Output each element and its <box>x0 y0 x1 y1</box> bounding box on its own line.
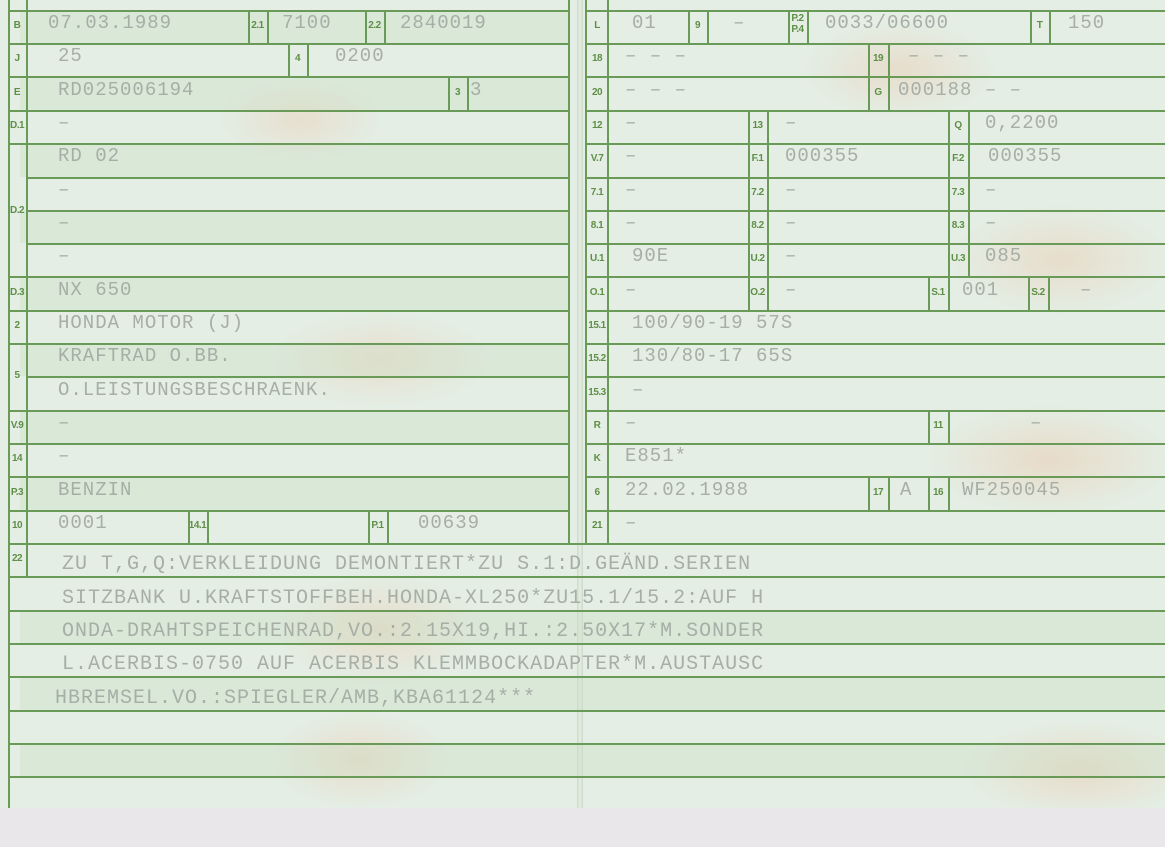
field-value-2-2: 2840019 <box>400 12 487 34</box>
field-value-20: – – – <box>625 79 687 101</box>
field-label-6: 6 <box>587 487 607 498</box>
field-label-V9: V.9 <box>8 420 26 431</box>
field-label-2: 2 <box>8 320 26 331</box>
field-value-P3: BENZIN <box>58 479 132 501</box>
field-value-F2: 000355 <box>988 145 1062 167</box>
field-value-D1: – <box>58 112 70 134</box>
field-label-F1: F.1 <box>748 153 767 164</box>
grid-line <box>888 476 890 510</box>
grid-line <box>26 0 28 577</box>
field-label-8-1: 8.1 <box>587 220 607 231</box>
field-value-15-3: – <box>632 379 644 401</box>
field-value-6: 22.02.1988 <box>625 479 749 501</box>
field-value-8-2: – <box>785 212 797 234</box>
remarks-line: ONDA-DRAHTSPEICHENRAD,VO.:2.15X19,HI.:2.… <box>62 620 764 643</box>
grid-line <box>467 76 469 111</box>
remarks-line: HBREMSEL.VO.:SPIEGLER/AMB,KBA61124*** <box>55 687 536 710</box>
field-value-9: – <box>733 12 745 34</box>
field-value-P2-P4: 0033/06600 <box>825 12 949 34</box>
field-value-13: – <box>785 112 797 134</box>
field-label-2-2: 2.2 <box>365 20 384 31</box>
field-label-T: T <box>1030 20 1049 31</box>
grid-line <box>8 110 570 112</box>
field-value-D2-line4: – <box>58 245 70 267</box>
grid-line <box>585 510 1165 512</box>
grid-line <box>585 110 1165 112</box>
field-value-7-2: – <box>785 179 797 201</box>
field-label-16: 16 <box>928 487 948 498</box>
field-label-S2: S.2 <box>1028 287 1048 298</box>
field-label-R: R <box>587 420 607 431</box>
grid-line <box>26 243 570 245</box>
field-label-U2: U.2 <box>748 253 767 264</box>
field-label-J: J <box>8 53 26 64</box>
field-label-7-3: 7.3 <box>948 187 968 198</box>
field-value-U1: 90E <box>632 245 669 267</box>
grid-line <box>1049 10 1051 44</box>
field-label-14: 14 <box>8 453 26 464</box>
row-band <box>20 743 1165 776</box>
grid-line <box>207 510 209 544</box>
field-label-15-2: 15.2 <box>587 353 607 364</box>
field-value-F1: 000355 <box>785 145 859 167</box>
grid-line <box>26 210 570 212</box>
field-value-J: 25 <box>58 45 83 67</box>
field-label-D1: D.1 <box>8 120 26 131</box>
field-label-E: E <box>8 87 26 98</box>
field-label-B: B <box>8 20 26 31</box>
field-label-Q: Q <box>948 120 968 131</box>
registration-document: B 2.1 2.2 J 4 E 3 D.1 D.2 D.3 2 5 V.9 14… <box>0 0 1165 808</box>
field-value-P1: 00639 <box>418 512 480 534</box>
grid-line <box>8 276 570 278</box>
field-value-L: 01 <box>632 12 657 34</box>
field-label-U1: U.1 <box>587 253 607 264</box>
field-label-G: G <box>868 87 888 98</box>
field-value-R: – <box>625 412 637 434</box>
grid-line <box>948 476 950 510</box>
field-value-S2: – <box>1080 279 1092 301</box>
grid-line <box>767 110 769 310</box>
grid-line <box>585 376 1165 378</box>
grid-line <box>8 610 1165 612</box>
field-label-O2: O.2 <box>748 287 767 298</box>
field-label-O1: O.1 <box>587 287 607 298</box>
grid-line <box>8 710 1165 712</box>
field-value-B: 07.03.1989 <box>48 12 172 34</box>
field-value-O1: – <box>625 279 637 301</box>
grid-line <box>8 643 1165 645</box>
field-value-D2-line1: RD 02 <box>58 145 120 167</box>
grid-line <box>585 243 1165 245</box>
field-value-18: – – – <box>625 45 687 67</box>
field-label-17: 17 <box>868 487 888 498</box>
field-value-G: 000188 – – <box>898 79 1022 101</box>
field-label-8-3: 8.3 <box>948 220 968 231</box>
field-label-K: K <box>587 453 607 464</box>
field-label-8-2: 8.2 <box>748 220 767 231</box>
field-value-15-1: 100/90-19 57S <box>632 312 793 334</box>
grid-line <box>807 10 809 44</box>
field-value-U3: 085 <box>985 245 1022 267</box>
field-value-K: E851* <box>625 445 687 467</box>
grid-line <box>968 110 970 277</box>
field-label-P1: P.1 <box>368 520 387 531</box>
field-label-12: 12 <box>587 120 607 131</box>
field-label-19: 19 <box>868 53 888 64</box>
grid-line <box>948 410 950 444</box>
field-label-5: 5 <box>8 370 26 381</box>
field-label-15-1: 15.1 <box>587 320 607 331</box>
field-value-U2: – <box>785 245 797 267</box>
grid-line <box>888 43 890 111</box>
field-value-8-3: – <box>985 212 997 234</box>
field-label-11: 11 <box>928 420 948 431</box>
field-label-22: 22 <box>8 553 26 564</box>
grid-line <box>585 210 1165 212</box>
field-value-19: – – – <box>908 45 970 67</box>
grid-line <box>585 143 1165 145</box>
grid-line <box>568 0 570 545</box>
grid-line <box>267 10 269 44</box>
grid-line <box>8 443 570 445</box>
grid-line <box>8 576 1165 578</box>
field-value-8-1: – <box>625 212 637 234</box>
field-value-E: RD025006194 <box>58 79 194 101</box>
row-band <box>20 210 568 243</box>
grid-line <box>707 10 709 44</box>
field-value-4: 0200 <box>335 45 385 67</box>
field-label-D3: D.3 <box>8 287 26 298</box>
field-value-S1: 001 <box>962 279 999 301</box>
field-value-12: – <box>625 112 637 134</box>
grid-line <box>8 676 1165 678</box>
row-band <box>20 410 568 443</box>
grid-line <box>8 410 570 412</box>
grid-line <box>1048 276 1050 310</box>
field-value-V7: – <box>625 145 637 167</box>
grid-line <box>307 43 309 77</box>
grid-line <box>585 410 1165 412</box>
field-label-S1: S.1 <box>928 287 948 298</box>
field-value-T: 150 <box>1068 12 1105 34</box>
field-label-14-1: 14.1 <box>188 520 207 531</box>
field-value-O2: – <box>785 279 797 301</box>
remarks-line: ZU T,G,Q:VERKLEIDUNG DEMONTIERT*ZU S.1:D… <box>62 553 751 576</box>
grid-line <box>585 276 1165 278</box>
field-value-3: 3 <box>470 79 482 101</box>
field-value-21: – <box>625 512 637 534</box>
field-value-7-3: – <box>985 179 997 201</box>
field-value-2-1: 7100 <box>282 12 332 34</box>
grid-line <box>8 743 1165 745</box>
field-label-13: 13 <box>748 120 767 131</box>
field-value-5-line1: KRAFTRAD O.BB. <box>58 345 232 367</box>
grid-line <box>387 510 389 544</box>
field-value-11: – <box>1030 412 1042 434</box>
grid-line <box>8 476 570 478</box>
field-label-D2: D.2 <box>8 205 26 216</box>
grid-line <box>585 476 1165 478</box>
field-label-P2-P4: P.2P.4 <box>788 13 807 35</box>
remarks-line: L.ACERBIS-0750 AUF ACERBIS KLEMMBOCKADAP… <box>62 653 764 676</box>
grid-line <box>26 376 570 378</box>
remarks-line: SITZBANK U.KRAFTSTOFFBEH.HONDA-XL250*ZU1… <box>62 587 764 610</box>
field-label-2-1: 2.1 <box>248 20 267 31</box>
field-label-21: 21 <box>587 520 607 531</box>
field-value-Q: 0,2200 <box>985 112 1059 134</box>
field-value-D3: NX 650 <box>58 279 132 301</box>
field-value-10: 0001 <box>58 512 108 534</box>
field-label-P3: P.3 <box>8 487 26 498</box>
field-label-7-2: 7.2 <box>748 187 767 198</box>
grid-line <box>585 76 1165 78</box>
field-label-4: 4 <box>288 53 307 64</box>
grid-line <box>585 177 1165 179</box>
field-label-V7: V.7 <box>587 153 607 164</box>
field-label-F2: F.2 <box>948 153 968 164</box>
field-label-15-3: 15.3 <box>587 387 607 398</box>
field-value-D2-line2: – <box>58 179 70 201</box>
grid-line <box>948 110 950 310</box>
field-label-L: L <box>587 20 607 31</box>
field-label-10: 10 <box>8 520 26 531</box>
field-value-16: WF250045 <box>962 479 1061 501</box>
field-value-7-1: – <box>625 179 637 201</box>
field-label-20: 20 <box>587 87 607 98</box>
field-label-18: 18 <box>587 53 607 64</box>
field-label-U3: U.3 <box>948 253 968 264</box>
field-value-5-line2: O.LEISTUNGSBESCHRAENK. <box>58 379 331 401</box>
field-value-V9: – <box>58 412 70 434</box>
grid-line <box>748 110 750 310</box>
field-value-17: A <box>900 479 912 501</box>
grid-line <box>607 0 609 545</box>
field-label-7-1: 7.1 <box>587 187 607 198</box>
field-label-9: 9 <box>688 20 707 31</box>
field-value-14: – <box>58 445 70 467</box>
grid-line <box>8 776 1165 778</box>
field-label-3: 3 <box>448 87 467 98</box>
grid-line <box>384 10 386 44</box>
field-value-2: HONDA MOTOR (J) <box>58 312 244 334</box>
field-value-15-2: 130/80-17 65S <box>632 345 793 367</box>
grid-line <box>26 177 570 179</box>
field-value-D2-line3: – <box>58 212 70 234</box>
